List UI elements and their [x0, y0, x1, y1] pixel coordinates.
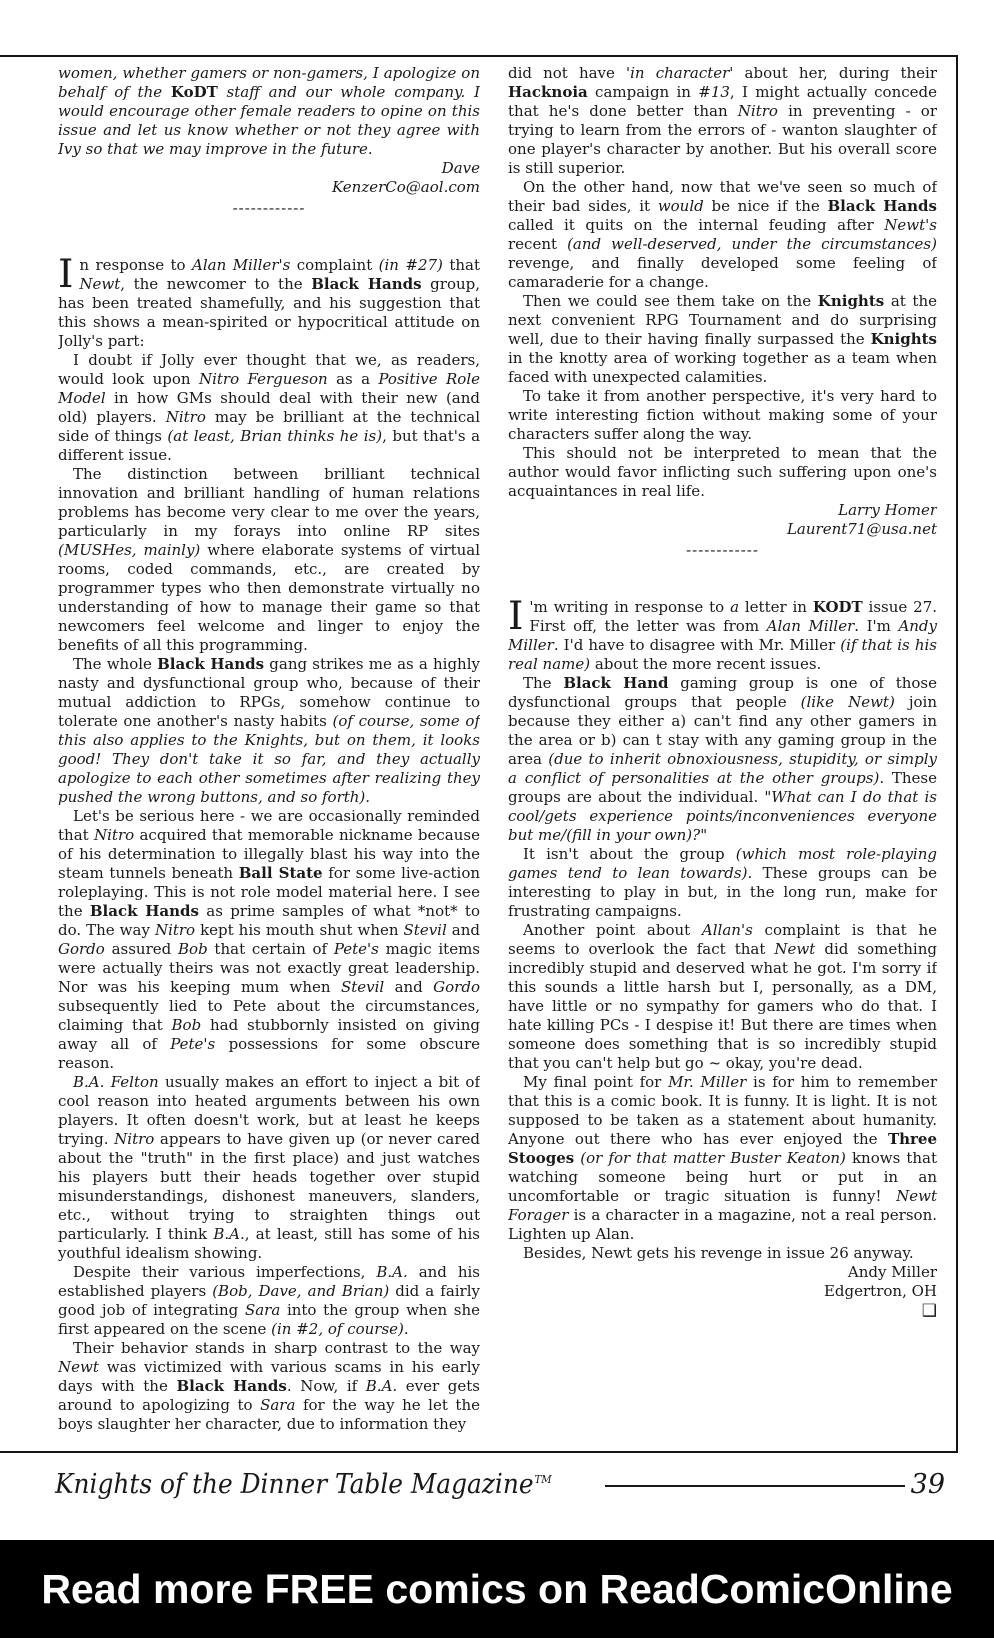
letter-paragraph: I'm writing in response to a letter in K…: [508, 598, 937, 674]
signature-line: Laurent71@usa.net: [508, 520, 937, 539]
letter-paragraph: The whole Black Hands gang strikes me as…: [58, 655, 480, 807]
letter-paragraph: Another point about Allan's complaint is…: [508, 921, 937, 1073]
letter-separator: ------------: [508, 541, 937, 560]
italic-text: (of course, some of this also applies to…: [58, 712, 480, 806]
italic-text: Nitro: [114, 1130, 154, 1148]
italic-text: Newt Forager: [508, 1187, 937, 1224]
italic-text: a: [730, 598, 739, 616]
italic-text: Mr. Miller: [668, 1073, 746, 1091]
letter-paragraph: Their behavior stands in sharp contrast …: [58, 1339, 480, 1434]
signature-line: Andy Miller: [508, 1263, 937, 1282]
letter-paragraph: On the other hand, now that we've seen s…: [508, 178, 937, 292]
magazine-title: Knights of the Dinner Table MagazineTM: [55, 1469, 552, 1500]
italic-text: Sara: [260, 1396, 295, 1414]
letter-continuation-paragraph: women, whether gamers or non-gamers, I a…: [58, 64, 480, 159]
italic-text: (Bob, Dave, and Brian): [212, 1282, 389, 1300]
letter-paragraph: I doubt if Jolly ever thought that we, a…: [58, 351, 480, 465]
letter-paragraph: Then we could see them take on the Knigh…: [508, 292, 937, 387]
bold-text: Knights: [818, 292, 884, 310]
letter-paragraph: The Black Hand gaming group is one of th…: [508, 674, 937, 845]
italic-text: (which most role-playing games tend to l…: [508, 845, 937, 882]
italic-text: Newt: [58, 1358, 99, 1376]
italic-text: Alan Miller: [767, 617, 855, 635]
italic-text: #13: [698, 83, 730, 101]
letter-paragraph: Let's be serious here - we are occasiona…: [58, 807, 480, 1073]
italic-text: (like Newt): [801, 693, 895, 711]
bold-text: Black Hands: [311, 275, 421, 293]
italic-text: Stevil: [404, 921, 447, 939]
italic-text: Newt: [774, 940, 815, 958]
letter-paragraph: To take it from another perspective, it'…: [508, 387, 937, 444]
left-column: women, whether gamers or non-gamers, I a…: [58, 64, 480, 1448]
italic-text: (and well-deserved, under the circumstan…: [567, 235, 937, 253]
italic-text: (at least, Brian thinks he is): [167, 427, 382, 445]
italic-text: Gordo: [58, 940, 105, 958]
italic-text: (MUSHes, mainly): [58, 541, 200, 559]
italic-text: Bob: [172, 1016, 202, 1034]
italic-text: B.A. Felton: [73, 1073, 159, 1091]
italic-text: Newt's: [884, 216, 937, 234]
footer-rule: [605, 1485, 905, 1487]
bold-text: Black Hands: [176, 1377, 286, 1395]
italic-text: Nitro: [155, 921, 195, 939]
italic-text: Nitro: [94, 826, 134, 844]
end-of-letter-icon: ❑: [508, 1301, 937, 1321]
italic-text: (due to inherit obnoxiousness, stupidity…: [508, 750, 937, 787]
bold-text: Ball State: [239, 864, 323, 882]
letter-paragraph: B.A. Felton usually makes an effort to i…: [58, 1073, 480, 1263]
italic-text: Pete's: [170, 1035, 215, 1053]
italic-text: Pete's: [334, 940, 379, 958]
italic-text: (or for that matter Buster Keaton): [580, 1149, 846, 1167]
bold-text: KoDT: [171, 83, 218, 101]
page-footer: Knights of the Dinner Table MagazineTM 3…: [55, 1462, 945, 1506]
letter-paragraph: The distinction between brilliant techni…: [58, 465, 480, 655]
bold-text: Black Hands: [157, 655, 264, 673]
signature-line: Dave: [58, 159, 480, 178]
italic-text: B.A.: [366, 1377, 397, 1395]
signature-line: Edgertron, OH: [508, 1282, 937, 1301]
italic-text: Nitro Fergueson: [199, 370, 328, 388]
letter-paragraph: Despite their various imperfections, B.A…: [58, 1263, 480, 1339]
bold-text: Black Hands: [90, 902, 199, 920]
italic-text: Newt: [79, 275, 120, 293]
italic-text: Stevil: [341, 978, 384, 996]
bold-text: Knights: [871, 330, 937, 348]
letter-paragraph: Besides, Newt gets his revenge in issue …: [508, 1244, 937, 1263]
letter-paragraph: It isn't about the group (which most rol…: [508, 845, 937, 921]
letter-separator: ------------: [58, 199, 480, 218]
right-column: did not have 'in character' about her, d…: [508, 64, 937, 1448]
bold-text: Hacknoia: [508, 83, 588, 101]
signature-line: KenzerCo@aol.com: [58, 178, 480, 197]
trademark-symbol: TM: [534, 1473, 551, 1486]
italic-text: Gordo: [433, 978, 480, 996]
letter-paragraph: This should not be interpreted to mean t…: [508, 444, 937, 501]
italic-text: Allan's: [702, 921, 753, 939]
bold-text: Black Hand: [563, 674, 668, 692]
italic-text: B.A.: [213, 1225, 244, 1243]
drop-cap: I: [58, 256, 79, 290]
signature-andy-miller: Andy MillerEdgertron, OH: [508, 1263, 937, 1301]
italic-text: (in #2, of course): [271, 1320, 404, 1338]
italic-text: Nitro: [738, 102, 778, 120]
bold-text: Black Hands: [827, 197, 937, 215]
signature-larry-homer: Larry HomerLaurent71@usa.net: [508, 501, 937, 539]
letter-paragraph: My final point for Mr. Miller is for him…: [508, 1073, 937, 1244]
italic-text: would: [658, 197, 704, 215]
page-number: 39: [911, 1469, 945, 1500]
italic-text: Alan Miller's: [192, 256, 290, 274]
letter-continuation-paragraph: did not have 'in character' about her, d…: [508, 64, 937, 178]
promo-banner[interactable]: Read more FREE comics on ReadComicOnline: [0, 1540, 994, 1638]
letter-paragraph: In response to Alan Miller's complaint (…: [58, 256, 480, 351]
italic-text: Nitro: [166, 408, 206, 426]
italic-text: B.A.: [376, 1263, 407, 1281]
italic-text: (in #27): [379, 256, 443, 274]
italic-text: Sara: [245, 1301, 280, 1319]
bold-text: KODT: [813, 598, 863, 616]
italic-text: Bob: [178, 940, 208, 958]
signature-dave: DaveKenzerCo@aol.com: [58, 159, 480, 197]
drop-cap: I: [508, 598, 529, 632]
promo-banner-text: Read more FREE comics on ReadComicOnline: [41, 1566, 952, 1613]
italic-text: "What can I do that is cool/gets experie…: [508, 788, 937, 844]
italic-text: 'in character': [626, 64, 733, 82]
signature-line: Larry Homer: [508, 501, 937, 520]
italic-text: (if that is his real name): [508, 636, 937, 673]
